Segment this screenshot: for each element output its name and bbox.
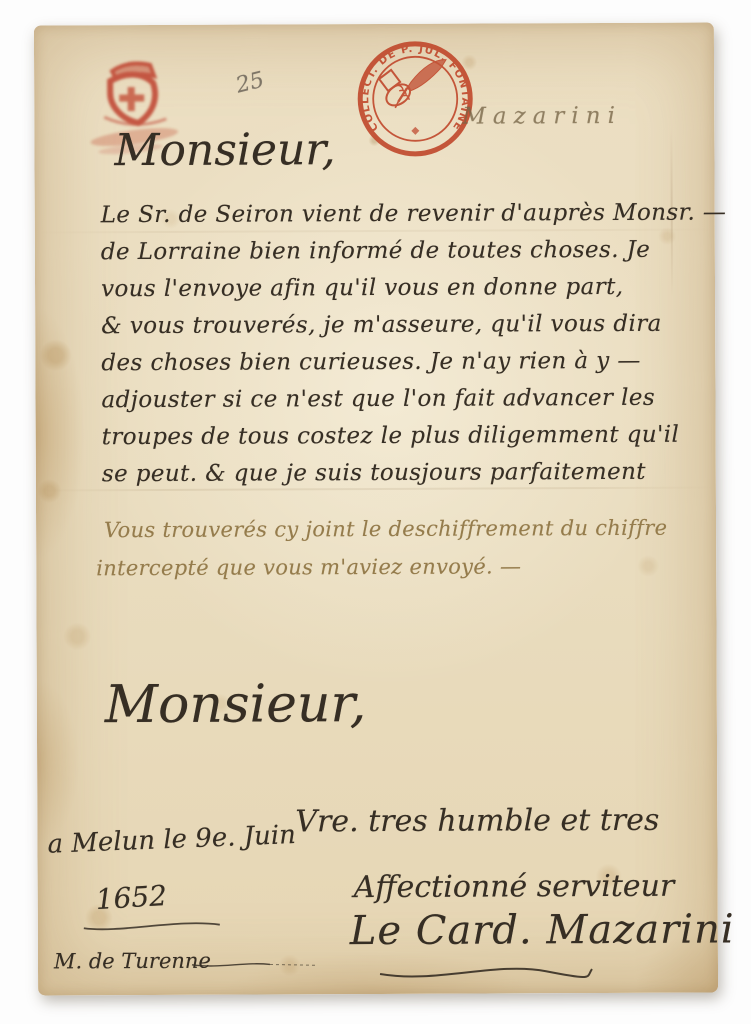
letter-body: Le Sr. de Seiron vient de revenir d'aupr… (101, 194, 728, 493)
letter-line: troupes de tous costez le plus diligemme… (102, 416, 728, 456)
scanned-letter-page: 25 COLLECT. DE P. JUL. FONTAINE (0, 0, 751, 1024)
dateline-year: 1652 (95, 879, 168, 916)
closing-salutation: Monsieur, (105, 674, 367, 735)
pencil-number: 25 (233, 67, 266, 98)
postscript-line: intercepté que vous m'aviez envoyé. — (96, 547, 667, 587)
ghost-inscription: Mazarini (462, 103, 622, 130)
hand-quill-icon (379, 60, 446, 110)
letter-line: de Lorraine bien informé de toutes chose… (101, 231, 727, 271)
docket-addressee: M. de Turenne (54, 949, 211, 974)
letter-line: & vous trouverés, je m'asseure, qu'il vo… (101, 305, 727, 345)
letter-line: Le Sr. de Seiron vient de revenir d'aupr… (101, 194, 727, 234)
signature-flourish (376, 961, 596, 984)
valediction-line: Affectionné serviteur (354, 869, 675, 905)
valediction-line: Vre. tres humble et tres (295, 803, 659, 840)
docket-flourish (190, 958, 320, 971)
year-underline-flourish (82, 917, 224, 934)
letter-line: des choses bien curieuses. Je n'ay rien … (101, 342, 727, 382)
signature: Le Card. Mazarini (350, 906, 735, 954)
letter-paper-sheet: 25 COLLECT. DE P. JUL. FONTAINE (34, 23, 718, 996)
postscript-line: Vous trouverés cy joint le deschiffremen… (96, 509, 667, 549)
salutation: Monsieur, (114, 124, 335, 176)
dateline-place: a Melun le 9e. Juin (47, 820, 296, 860)
collector-stamp-icon: COLLECT. DE P. JUL. FONTAINE (350, 34, 481, 165)
letter-postscript: Vous trouverés cy joint le deschiffremen… (96, 509, 668, 587)
letter-line: adjouster si ce n'est que l'on fait adva… (101, 379, 727, 419)
letter-line: se peut. & que je suis tousjours parfait… (102, 453, 728, 493)
letter-line: vous l'envoye afin qu'il vous en donne p… (101, 268, 727, 308)
